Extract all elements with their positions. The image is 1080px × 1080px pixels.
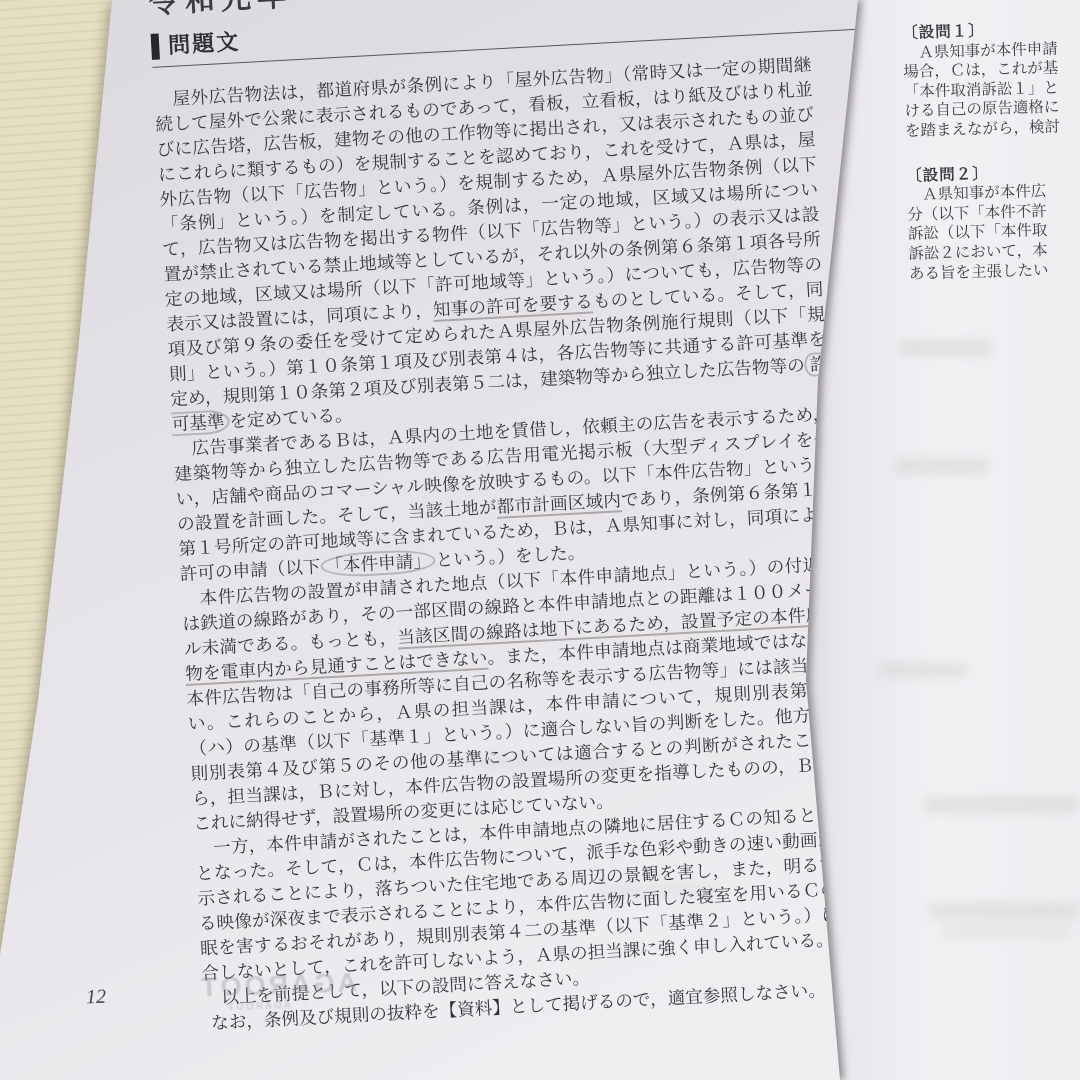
agaroot-watermark: AGAROOT bbox=[198, 967, 358, 1004]
paragraph-3: 本件広告物の設置が申請された地点（以下「本件申請地点」という。）の付近には鉄道の… bbox=[181, 552, 852, 837]
section-header-label: 問題文 bbox=[168, 29, 241, 59]
pencil-underline-mark: 知事の許可を要する bbox=[432, 291, 593, 322]
problem-text: 屋外広告物法は，都道府県が条例により「屋外広告物」（常時又は一定の期間継続して屋… bbox=[154, 52, 862, 1036]
left-page: 令和元年 問題文 屋外広告物法は，都道府県が条例により「屋外広告物」（常時又は一… bbox=[0, 0, 1080, 1080]
header-bar-icon bbox=[151, 33, 160, 59]
agaroot-watermark-sub: AGAROOT bbox=[226, 1000, 291, 1013]
page-content: 令和元年 問題文 屋外広告物法は，都道府県が条例により「屋外広告物」（常時又は一… bbox=[148, 0, 862, 1036]
pencil-underline-mark: 当該区間の線路は地下にあるため，設置予定の本件広告物を電車内から見通すことはでき… bbox=[185, 603, 842, 686]
left-page-shadow: 令和元年 問題文 屋外広告物法は，都道府県が条例により「屋外広告物」（常時又は一… bbox=[0, 0, 1080, 1080]
paragraph-1: 屋外広告物法は，都道府県が条例により「屋外広告物」（常時又は一定の期間継続して屋… bbox=[154, 52, 830, 437]
photo-of-exam-booklet: 〔設問１〕 Ａ県知事が本件申請 場合，Ｃは，これが基 「本件取消訴訟１」と ける… bbox=[0, 0, 1080, 1080]
page-number: 12 bbox=[86, 986, 107, 1010]
pencil-underline-mark: 都市計画区域内 bbox=[496, 490, 622, 519]
